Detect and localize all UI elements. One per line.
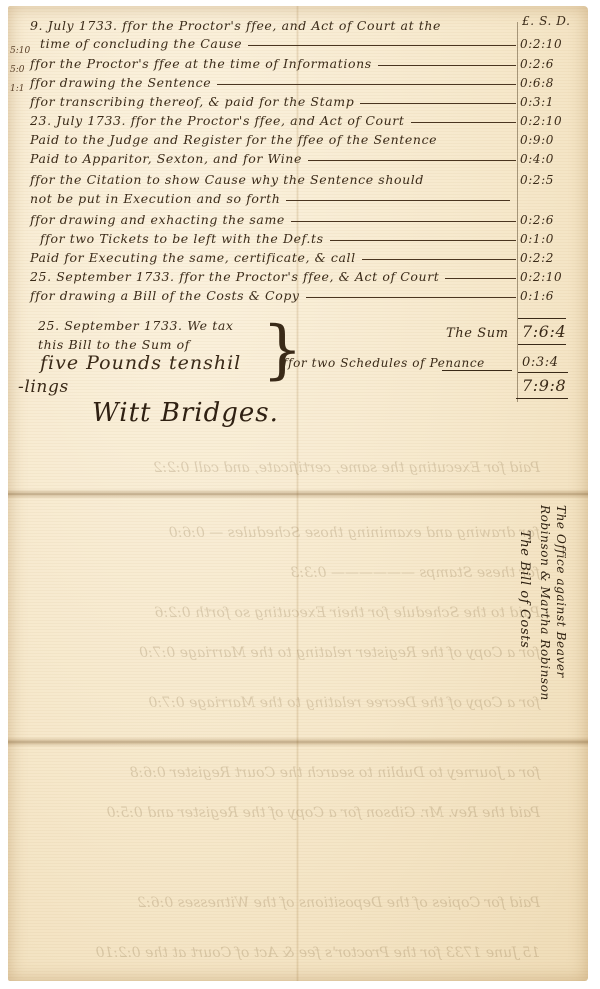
entry-amount: 0:1:0 [520,232,570,246]
entry-amount: 0:2:6 [520,213,570,227]
entry-line: ffor drawing and exhacting the same 0:2:… [30,208,570,227]
schedules-dash [442,370,512,371]
entry-description: 9. July 1733. ffor the Proctor's ffee, a… [30,18,441,33]
entry-line: 9. July 1733. ffor the Proctor's ffee, a… [30,14,570,33]
sum-label: The Sum [446,326,509,341]
taxation-line: 25. September 1733. We tax [38,318,234,333]
entry-line: ffor drawing the Sentence 0:6:8 [30,71,570,90]
entry-description: 25. September 1733. ffor the Proctor's f… [30,269,439,284]
entry-description: not be put in Execution and so forth [30,191,280,206]
entry-amount: 0:3:1 [520,95,570,109]
sum-rule [518,318,566,319]
entry-amount: 0:1:6 [520,289,570,303]
entry-description: ffor the Proctor's ffee at the time of I… [30,56,372,71]
entry-amount: 0:2:2 [520,251,570,265]
bleed-through-text: for drawing and examining those Schedule… [20,520,540,546]
sum-underline [518,344,566,345]
horizontal-fold-line [8,489,588,499]
bleed-through-text: for a Journey to Dublin to search the Co… [20,760,540,786]
taxed-amount-words: -lings [18,377,69,397]
entry-amount: 0:2:10 [520,37,570,51]
margin-note: 5:0 [10,65,24,75]
entry-description: time of concluding the Cause [40,36,242,51]
entry-amount: 0:6:8 [520,76,570,90]
entry-description: Paid for Executing the same, certificate… [30,250,356,265]
entry-line: not be put in Execution and so forth [30,187,570,206]
entry-line: ffor the Proctor's ffee at the time of I… [30,52,570,71]
bleed-through-text: for a Copy of the Register relating to t… [20,640,540,666]
entry-description: ffor transcribing thereof, & paid for th… [30,94,354,109]
entry-line: Paid to the Judge and Register for the f… [30,128,570,147]
entry-amount: 0:2:10 [520,114,570,128]
entry-amount: 0:9:0 [520,133,570,147]
sum-value: 7:6:4 [522,322,566,341]
total-rule [518,372,568,373]
entry-description: ffor two Tickets to be left with the Def… [40,231,324,246]
horizontal-fold-line [8,737,588,747]
entry-line: 25. September 1733. ffor the Proctor's f… [30,265,570,284]
bleed-through-text: 15 June 1733 for the Proctor's fee & Act… [20,940,540,966]
total-underline [516,398,568,399]
signature: Witt Bridges. [92,398,279,428]
entry-description: Paid to Apparitor, Sexton, and for Wine [30,151,302,166]
docket-line: The Bill of Costs [517,530,532,648]
entry-amount: 0:2:10 [520,270,570,284]
margin-note: 1:1 [10,84,24,94]
grand-total: 7:9:8 [522,376,566,395]
entry-line: ffor two Tickets to be left with the Def… [40,227,570,246]
entry-line: ffor the Citation to show Cause why the … [30,168,570,187]
entry-description: 23. July 1733. ffor the Proctor's ffee, … [30,113,405,128]
entry-line: ffor transcribing thereof, & paid for th… [30,90,570,109]
entry-line: Paid for Executing the same, certificate… [30,246,570,265]
entry-line: time of concluding the Cause 0:2:10 [40,32,570,51]
margin-note: 5:10 [10,46,30,56]
bleed-through-text: Paid to the Schedule for their Executing… [20,600,540,626]
schedules-amount: 0:3:4 [522,355,559,370]
entry-line: ffor drawing a Bill of the Costs & Copy … [30,284,570,303]
bleed-through-text: for a Copy of the Decree relating to the… [20,690,540,716]
bleed-through-text: Paid for Executing the same, certificate… [20,455,540,481]
entry-amount: 0:2:6 [520,57,570,71]
bleed-through-text: for these Stamps —————— 0:3:3 [20,560,540,586]
entry-description: ffor the Citation to show Cause why the … [30,172,424,187]
docket-line: The Office against Beaver [554,505,568,678]
bleed-through-text: Paid the Rev. Mr. Gibson for a Copy of t… [20,800,540,826]
docket-line: Robinson & Martha Robinson [538,505,552,701]
entry-description: ffor drawing and exhacting the same [30,212,285,227]
entry-amount: 0:2:5 [520,163,570,187]
taxed-amount-words: five Pounds tenshil [40,352,241,374]
brace: } [262,318,303,382]
entry-description: Paid to the Judge and Register for the f… [30,132,437,147]
bleed-through-text: Paid for Copies of the Depositions of th… [20,890,540,916]
schedules-entry: ffor two Schedules of Penance [283,356,485,370]
entry-line: 23. July 1733. ffor the Proctor's ffee, … [30,109,570,128]
entry-description: ffor drawing a Bill of the Costs & Copy [30,288,300,303]
taxation-line: this Bill to the Sum of [38,337,190,352]
entry-description: ffor drawing the Sentence [30,75,211,90]
entry-line: Paid to Apparitor, Sexton, and for Wine … [30,147,570,166]
